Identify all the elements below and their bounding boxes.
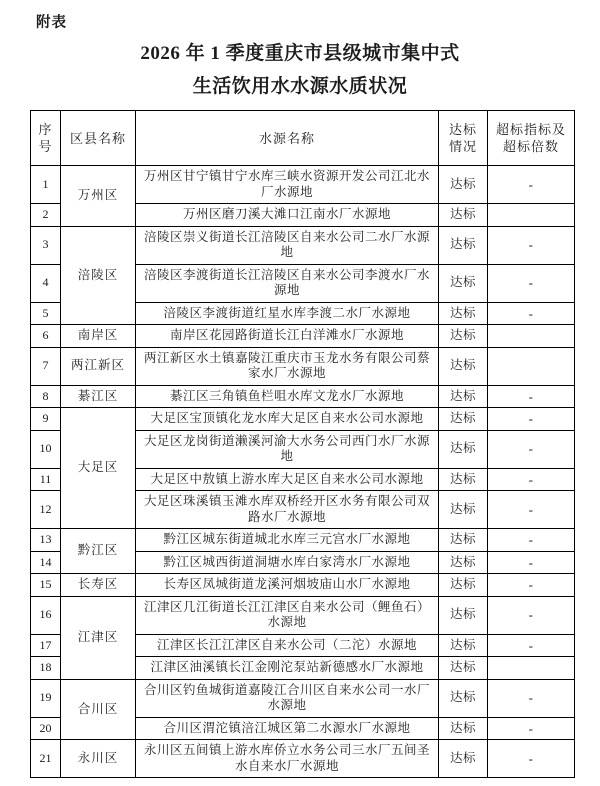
status-cell: 达标 — [439, 717, 488, 740]
row-number: 14 — [31, 551, 61, 574]
exceed-cell: - — [488, 408, 575, 431]
exceed-cell: - — [488, 385, 575, 408]
status-cell: 达标 — [439, 264, 488, 302]
row-number: 5 — [31, 302, 61, 325]
row-number: 6 — [31, 325, 61, 348]
source-cell: 大足区中敖镇上游水库大足区自来水公司水源地 — [136, 468, 439, 491]
status-cell: 达标 — [439, 657, 488, 680]
row-number: 4 — [31, 264, 61, 302]
header-district: 区县名称 — [61, 111, 136, 166]
exceed-cell: - — [488, 166, 575, 204]
source-cell: 大足区宝顶镇化龙水库大足区自来水公司水源地 — [136, 408, 439, 431]
table-row: 3 涪陵区 涪陵区崇义街道长江涪陵区自来水公司二水厂水源地 达标 - — [31, 226, 575, 264]
exceed-cell: - — [488, 468, 575, 491]
status-cell: 达标 — [439, 166, 488, 204]
source-cell: 两江新区水土镇嘉陵江重庆市玉龙水务有限公司蔡家水厂水源地 — [136, 347, 439, 385]
status-cell: 达标 — [439, 529, 488, 552]
source-cell: 合川区钓鱼城街道嘉陵江合川区自来水公司一水厂水源地 — [136, 679, 439, 717]
source-cell: 黔江区城西街道洞塘水库白家湾水厂水源地 — [136, 551, 439, 574]
district-cell: 永川区 — [61, 740, 136, 778]
district-cell: 大足区 — [61, 408, 136, 529]
district-cell: 万州区 — [61, 166, 136, 227]
page-title-line2: 生活饮用水水源水质状况 — [0, 70, 600, 103]
exceed-cell — [488, 347, 575, 385]
row-number: 2 — [31, 204, 61, 227]
row-number: 15 — [31, 574, 61, 597]
water-quality-table: 序 号 区县名称 水源名称 达标 情况 超标指标及 超标倍数 1 万州区 万州区… — [30, 110, 575, 778]
row-number: 1 — [31, 166, 61, 204]
exceed-cell — [488, 204, 575, 227]
source-cell: 南岸区花园路街道长江白洋滩水厂水源地 — [136, 325, 439, 348]
source-cell: 江津区几江街道长江江津区自来水公司（鲤鱼石）水源地 — [136, 596, 439, 634]
row-number: 21 — [31, 740, 61, 778]
table-row: 8 綦江区 綦江区三角镇鱼栏咀水库文龙水厂水源地 达标 - — [31, 385, 575, 408]
row-number: 11 — [31, 468, 61, 491]
row-number: 13 — [31, 529, 61, 552]
row-number: 19 — [31, 679, 61, 717]
source-cell: 合川区渭沱镇涪江城区第二水源水厂水源地 — [136, 717, 439, 740]
source-cell: 黔江区城东街道城北水库三元宫水厂水源地 — [136, 529, 439, 552]
row-number: 20 — [31, 717, 61, 740]
district-cell: 合川区 — [61, 679, 136, 740]
district-cell: 南岸区 — [61, 325, 136, 348]
row-number: 9 — [31, 408, 61, 431]
source-cell: 大足区珠溪镇玉滩水库双桥经开区水务有限公司双路水厂水源地 — [136, 491, 439, 529]
table-row: 1 万州区 万州区甘宁镇甘宁水库三峡水资源开发公司江北水厂水源地 达标 - — [31, 166, 575, 204]
table-row: 21 永川区 永川区五间镇上游水库侨立水务公司三水厂五间圣水自来水厂水源地 达标… — [31, 740, 575, 778]
source-cell: 永川区五间镇上游水库侨立水务公司三水厂五间圣水自来水厂水源地 — [136, 740, 439, 778]
exceed-cell: - — [488, 740, 575, 778]
status-cell: 达标 — [439, 740, 488, 778]
district-cell: 黔江区 — [61, 529, 136, 574]
source-cell: 綦江区三角镇鱼栏咀水库文龙水厂水源地 — [136, 385, 439, 408]
table-row: 7 两江新区 两江新区水土镇嘉陵江重庆市玉龙水务有限公司蔡家水厂水源地 达标 — [31, 347, 575, 385]
source-cell: 涪陵区李渡街道红星水库李渡二水厂水源地 — [136, 302, 439, 325]
row-number: 7 — [31, 347, 61, 385]
status-cell: 达标 — [439, 325, 488, 348]
status-cell: 达标 — [439, 204, 488, 227]
row-number: 18 — [31, 657, 61, 680]
header-exceed: 超标指标及 超标倍数 — [488, 111, 575, 166]
row-number: 10 — [31, 430, 61, 468]
status-cell: 达标 — [439, 468, 488, 491]
district-cell: 江津区 — [61, 596, 136, 679]
exceed-cell: - — [488, 596, 575, 634]
source-cell: 涪陵区李渡街道长江涪陵区自来水公司李渡水厂水源地 — [136, 264, 439, 302]
row-number: 17 — [31, 634, 61, 657]
source-cell: 涪陵区崇义街道长江涪陵区自来水公司二水厂水源地 — [136, 226, 439, 264]
source-cell: 万州区甘宁镇甘宁水库三峡水资源开发公司江北水厂水源地 — [136, 166, 439, 204]
district-cell: 綦江区 — [61, 385, 136, 408]
source-cell: 大足区龙岗街道濑溪河渝大水务公司西门水厂水源地 — [136, 430, 439, 468]
exceed-cell: - — [488, 574, 575, 597]
exceed-cell: - — [488, 679, 575, 717]
status-cell: 达标 — [439, 679, 488, 717]
exceed-cell: - — [488, 551, 575, 574]
exceed-cell: - — [488, 717, 575, 740]
exceed-cell: - — [488, 264, 575, 302]
status-cell: 达标 — [439, 596, 488, 634]
status-cell: 达标 — [439, 634, 488, 657]
header-source: 水源名称 — [136, 111, 439, 166]
exceed-cell: - — [488, 491, 575, 529]
row-number: 3 — [31, 226, 61, 264]
status-cell: 达标 — [439, 430, 488, 468]
exceed-cell: - — [488, 430, 575, 468]
status-cell: 达标 — [439, 302, 488, 325]
status-cell: 达标 — [439, 574, 488, 597]
source-cell: 长寿区凤城街道龙溪河烟坡庙山水厂水源地 — [136, 574, 439, 597]
exceed-cell — [488, 657, 575, 680]
row-number: 16 — [31, 596, 61, 634]
table-row: 19 合川区 合川区钓鱼城街道嘉陵江合川区自来水公司一水厂水源地 达标 - — [31, 679, 575, 717]
exceed-cell: - — [488, 634, 575, 657]
status-cell: 达标 — [439, 347, 488, 385]
status-cell: 达标 — [439, 385, 488, 408]
appendix-label: 附表 — [36, 0, 600, 32]
document-page: 附表 2026 年 1 季度重庆市县级城市集中式 生活饮用水水源水质状况 序 号… — [0, 0, 600, 786]
header-row: 序 号 区县名称 水源名称 达标 情况 超标指标及 超标倍数 — [31, 111, 575, 166]
source-cell: 江津区长江江津区自来水公司（二沱）水源地 — [136, 634, 439, 657]
page-title: 2026 年 1 季度重庆市县级城市集中式 生活饮用水水源水质状况 — [0, 37, 600, 103]
status-cell: 达标 — [439, 491, 488, 529]
district-cell: 两江新区 — [61, 347, 136, 385]
table-row: 16 江津区 江津区几江街道长江江津区自来水公司（鲤鱼石）水源地 达标 - — [31, 596, 575, 634]
status-cell: 达标 — [439, 408, 488, 431]
table-row: 15 长寿区 长寿区凤城街道龙溪河烟坡庙山水厂水源地 达标 - — [31, 574, 575, 597]
row-number: 12 — [31, 491, 61, 529]
exceed-cell: - — [488, 302, 575, 325]
table-row: 9 大足区 大足区宝顶镇化龙水库大足区自来水公司水源地 达标 - — [31, 408, 575, 431]
district-cell: 长寿区 — [61, 574, 136, 597]
district-cell: 涪陵区 — [61, 226, 136, 325]
row-number: 8 — [31, 385, 61, 408]
table-row: 6 南岸区 南岸区花园路街道长江白洋滩水厂水源地 达标 — [31, 325, 575, 348]
header-no: 序 号 — [31, 111, 61, 166]
exceed-cell — [488, 325, 575, 348]
source-cell: 江津区油溪镇长江金刚沱泵站新德感水厂水源地 — [136, 657, 439, 680]
status-cell: 达标 — [439, 226, 488, 264]
page-title-line1: 2026 年 1 季度重庆市县级城市集中式 — [0, 37, 600, 70]
header-status: 达标 情况 — [439, 111, 488, 166]
source-cell: 万州区磨刀溪大滩口江南水厂水源地 — [136, 204, 439, 227]
exceed-cell: - — [488, 226, 575, 264]
table-row: 13 黔江区 黔江区城东街道城北水库三元宫水厂水源地 达标 - — [31, 529, 575, 552]
exceed-cell: - — [488, 529, 575, 552]
status-cell: 达标 — [439, 551, 488, 574]
